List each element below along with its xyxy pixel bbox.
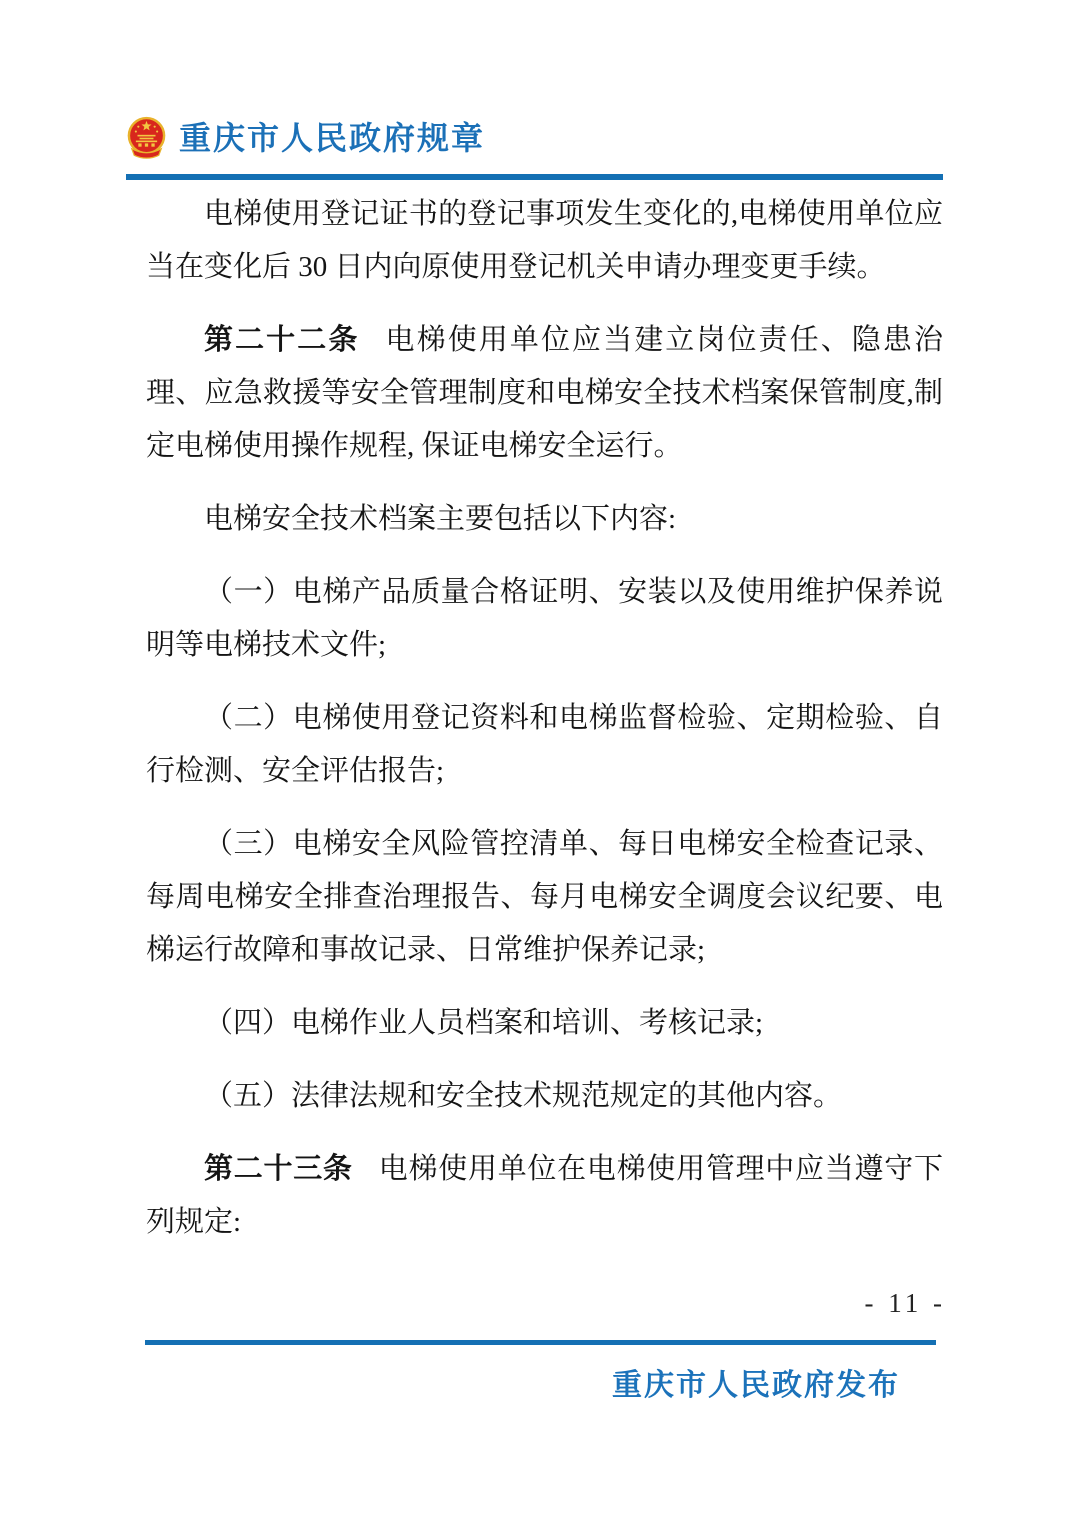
paragraph: 第二十二条电梯使用单位应当建立岗位责任、隐患治理、应急救援等安全管理制度和电梯安…: [146, 314, 943, 473]
paragraph-text: 电梯安全技术档案主要包括以下内容:: [204, 503, 676, 535]
footer-rule: [145, 1340, 936, 1345]
paragraph: （二）电梯使用登记资料和电梯监督检验、定期检验、自行检测、安全评估报告;: [146, 692, 943, 798]
page-number: - 11 -: [865, 1288, 946, 1319]
page-header: 重庆市人民政府规章: [126, 116, 944, 161]
paragraph: 第二十三条电梯使用单位在电梯使用管理中应当遵守下列规定:: [146, 1143, 943, 1249]
paragraph: 电梯安全技术档案主要包括以下内容:: [146, 493, 943, 546]
paragraph-text: （五）法律法规和安全技术规范规定的其他内容。: [204, 1080, 842, 1112]
paragraph-text: （二）电梯使用登记资料和电梯监督检验、定期检验、自行检测、安全评估报告;: [146, 702, 943, 787]
paragraph: （四）电梯作业人员档案和培训、考核记录;: [146, 997, 943, 1050]
paragraph: （一）电梯产品质量合格证明、安装以及使用维护保养说明等电梯技术文件;: [146, 566, 943, 672]
page-title: 重庆市人民政府规章: [179, 116, 485, 161]
national-emblem-icon: [126, 116, 167, 161]
paragraph: 电梯使用登记证书的登记事项发生变化的,电梯使用单位应当在变化后 30 日内向原使…: [146, 188, 943, 294]
document-page: 重庆市人民政府规章 电梯使用登记证书的登记事项发生变化的,电梯使用单位应当在变化…: [0, 0, 1074, 1520]
article-number: 第二十三条: [204, 1153, 353, 1185]
document-body: 电梯使用登记证书的登记事项发生变化的,电梯使用单位应当在变化后 30 日内向原使…: [146, 182, 943, 1249]
paragraph-text: （一）电梯产品质量合格证明、安装以及使用维护保养说明等电梯技术文件;: [146, 576, 943, 661]
paragraph-text: （三）电梯安全风险管控清单、每日电梯安全检查记录、每周电梯安全排查治理报告、每月…: [146, 828, 943, 966]
header-rule: [126, 174, 943, 180]
publisher-label: 重庆市人民政府发布: [612, 1360, 900, 1404]
paragraph: （三）电梯安全风险管控清单、每日电梯安全检查记录、每周电梯安全排查治理报告、每月…: [146, 818, 943, 977]
article-number: 第二十二条: [204, 324, 359, 356]
paragraph-text: （四）电梯作业人员档案和培训、考核记录;: [204, 1007, 763, 1039]
paragraph: （五）法律法规和安全技术规范规定的其他内容。: [146, 1070, 943, 1123]
paragraph-text: 电梯使用登记证书的登记事项发生变化的,电梯使用单位应当在变化后 30 日内向原使…: [146, 198, 943, 283]
